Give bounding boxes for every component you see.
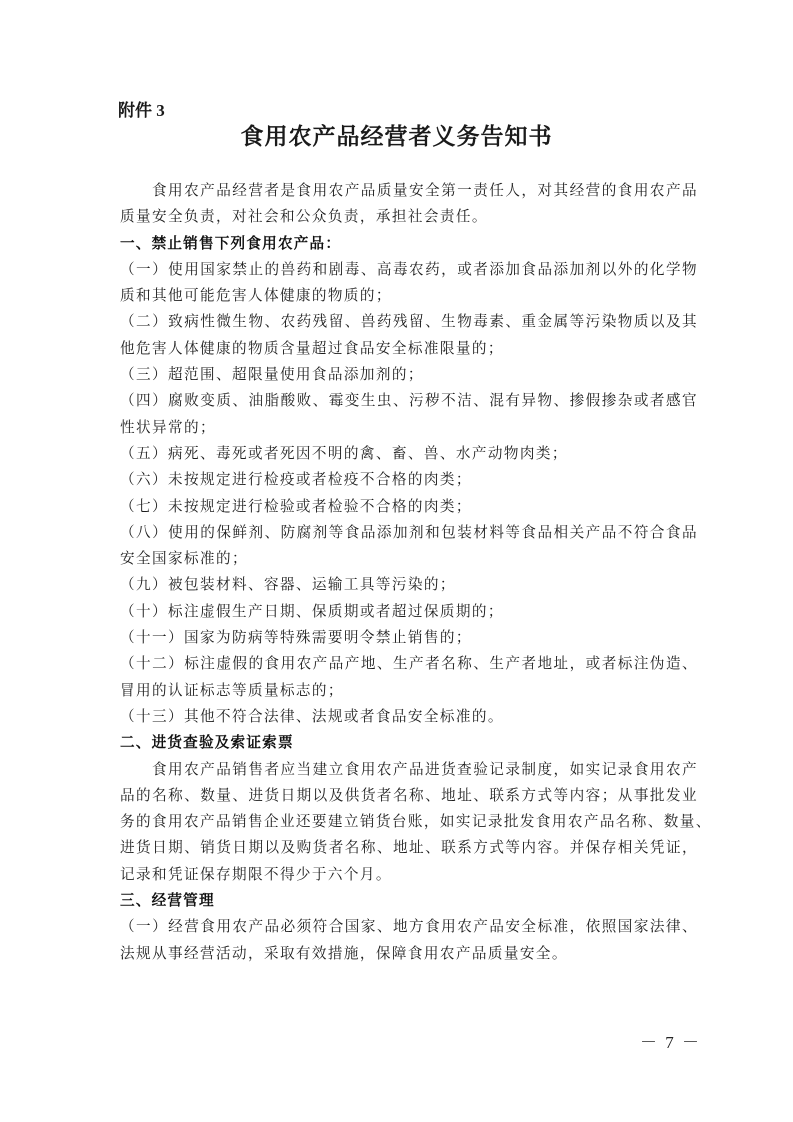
text-line: 务的食用农产品销售企业还要建立销货台账，如实记录批发食用农产品名称、数量、: [120, 809, 698, 835]
list-item: （六）未按规定进行检疫或者检疫不合格的肉类；: [120, 467, 698, 493]
list-item: （十）标注虚假生产日期、保质期或者超过保质期的；: [120, 599, 698, 625]
list-item: （一）经营食用农产品必须符合国家、地方食用农产品安全标准，依照国家法律、 法规从…: [120, 914, 698, 967]
list-item: （十三）其他不符合法律、法规或者食品安全标准的。: [120, 704, 698, 730]
text-line: 质和其他可能危害人体健康的物质的；: [120, 283, 698, 309]
text-line: （三）超范围、超限量使用食品添加剂的；: [120, 362, 698, 388]
list-item: （九）被包装材料、容器、运输工具等污染的；: [120, 572, 698, 598]
text-line: 性状异常的；: [120, 415, 698, 441]
intro-paragraph: 食用农产品经营者是食用农产品质量安全第一责任人，对其经营的食用农产品 质量安全负…: [120, 178, 698, 231]
text-line: （十一）国家为防病等特殊需要明令禁止销售的；: [120, 625, 698, 651]
text-line: （二）致病性微生物、农药残留、兽药残留、生物毒素、重金属等污染物质以及其: [120, 309, 698, 335]
text-line: 记录和凭证保存期限不得少于六个月。: [120, 862, 698, 888]
list-item: （十二）标注虚假的食用农产品产地、生产者名称、生产者地址，或者标注伪造、 冒用的…: [120, 651, 698, 704]
text-line: （一）经营食用农产品必须符合国家、地方食用农产品安全标准，依照国家法律、: [120, 914, 698, 940]
text-line: 质量安全负责，对社会和公众负责，承担社会责任。: [120, 204, 698, 230]
section-business-management: 三、经营管理 （一）经营食用农产品必须符合国家、地方食用农产品安全标准，依照国家…: [120, 888, 698, 967]
page-number: － 7 －: [640, 1032, 701, 1054]
text-line: 他危害人体健康的物质含量超过食品安全标准限量的；: [120, 336, 698, 362]
document-body: 食用农产品经营者是食用农产品质量安全第一责任人，对其经营的食用农产品 质量安全负…: [120, 178, 698, 967]
text-line: （一）使用国家禁止的兽药和剧毒、高毒农药，或者添加食品添加剂以外的化学物: [120, 257, 698, 283]
list-item: （八）使用的保鲜剂、防腐剂等食品添加剂和包装材料等食品相关产品不符合食品 安全国…: [120, 520, 698, 573]
text-line: （八）使用的保鲜剂、防腐剂等食品添加剂和包装材料等食品相关产品不符合食品: [120, 520, 698, 546]
text-line: （五）病死、毒死或者死因不明的禽、畜、兽、水产动物肉类；: [120, 441, 698, 467]
section-purchase-inspection: 二、进货查验及索证索票 食用农产品销售者应当建立食用农产品进货查验记录制度，如实…: [120, 730, 698, 888]
attachment-label: 附件 3: [118, 100, 165, 122]
text-line: 品的名称、数量、进货日期以及供货者名称、地址、联系方式等内容；从事批发业: [120, 783, 698, 809]
list-item: （四）腐败变质、油脂酸败、霉变生虫、污秽不洁、混有异物、掺假掺杂或者感官 性状异…: [120, 388, 698, 441]
text-line: （十）标注虚假生产日期、保质期或者超过保质期的；: [120, 599, 698, 625]
section-heading: 二、进货查验及索证索票: [120, 730, 698, 756]
section-prohibited-sales: 一、禁止销售下列食用农产品： （一）使用国家禁止的兽药和剧毒、高毒农药，或者添加…: [120, 231, 698, 731]
text-line: （七）未按规定进行检验或者检验不合格的肉类；: [120, 494, 698, 520]
text-line: 安全国家标准的；: [120, 546, 698, 572]
page-title: 食用农产品经营者义务告知书: [0, 121, 793, 153]
text-line: （六）未按规定进行检疫或者检疫不合格的肉类；: [120, 467, 698, 493]
text-line: 食用农产品销售者应当建立食用农产品进货查验记录制度，如实记录食用农产: [120, 757, 698, 783]
text-line: 进货日期、销货日期以及购货者名称、地址、联系方式等内容。并保存相关凭证，: [120, 835, 698, 861]
list-item: （一）使用国家禁止的兽药和剧毒、高毒农药，或者添加食品添加剂以外的化学物 质和其…: [120, 257, 698, 310]
text-line: 法规从事经营活动，采取有效措施，保障食用农产品质量安全。: [120, 941, 698, 967]
section-heading: 一、禁止销售下列食用农产品：: [120, 231, 698, 257]
text-line: 冒用的认证标志等质量标志的；: [120, 678, 698, 704]
list-item: （十一）国家为防病等特殊需要明令禁止销售的；: [120, 625, 698, 651]
list-item: （七）未按规定进行检验或者检验不合格的肉类；: [120, 494, 698, 520]
text-line: （四）腐败变质、油脂酸败、霉变生虫、污秽不洁、混有异物、掺假掺杂或者感官: [120, 388, 698, 414]
list-item: （三）超范围、超限量使用食品添加剂的；: [120, 362, 698, 388]
list-item: （二）致病性微生物、农药残留、兽药残留、生物毒素、重金属等污染物质以及其 他危害…: [120, 309, 698, 362]
text-line: （九）被包装材料、容器、运输工具等污染的；: [120, 572, 698, 598]
list-item: （五）病死、毒死或者死因不明的禽、畜、兽、水产动物肉类；: [120, 441, 698, 467]
text-line: （十二）标注虚假的食用农产品产地、生产者名称、生产者地址，或者标注伪造、: [120, 651, 698, 677]
text-line: （十三）其他不符合法律、法规或者食品安全标准的。: [120, 704, 698, 730]
document-page: 附件 3 食用农产品经营者义务告知书 食用农产品经营者是食用农产品质量安全第一责…: [0, 0, 793, 1122]
text-line: 食用农产品经营者是食用农产品质量安全第一责任人，对其经营的食用农产品: [120, 178, 698, 204]
section-heading: 三、经营管理: [120, 888, 698, 914]
